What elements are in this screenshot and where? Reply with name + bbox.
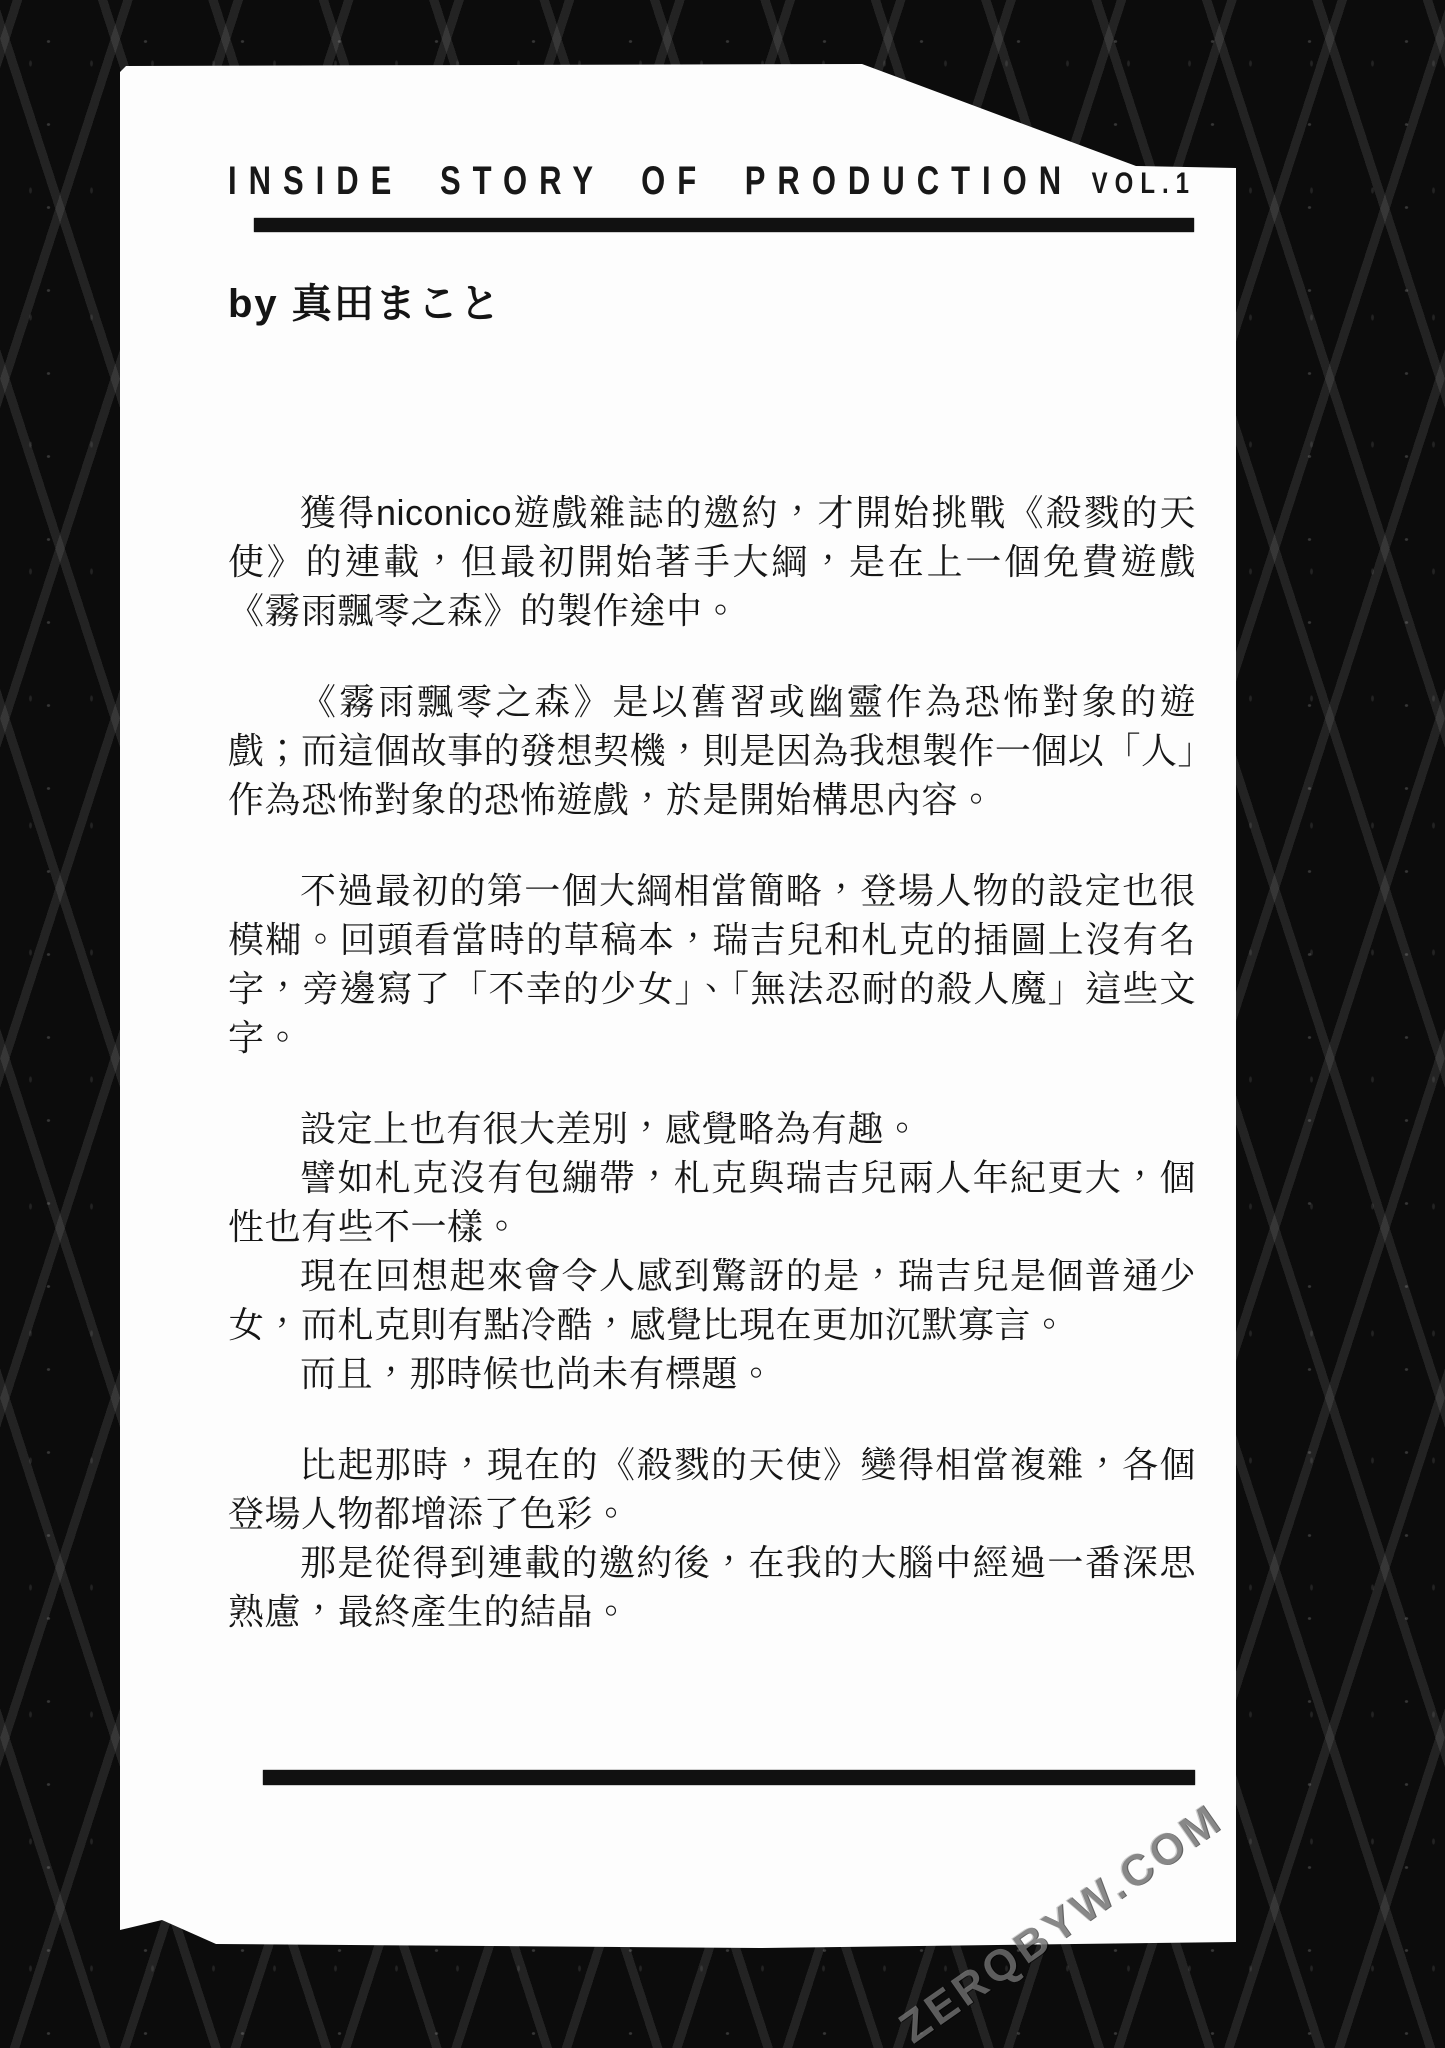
page-title: INSIDE STORY OF PRODUCTION (228, 158, 1073, 204)
footer-rule (263, 1770, 1195, 1785)
byline: by 真田まこと (228, 272, 1196, 329)
header-rule (254, 218, 1194, 232)
paragraph-6: 現在回想起來會令人感到驚訝的是，瑞吉兒是個普通少女，而札克則有點冷酷，感覺比現在… (228, 1251, 1196, 1349)
paragraph-8: 比起那時，現在的《殺戮的天使》變得相當複雜，各個登場人物都增添了色彩。 (228, 1440, 1196, 1538)
header: INSIDE STORY OF PRODUCTION VOL.1 by 真田まこ… (228, 168, 1196, 329)
paragraph-3: 不過最初的第一個大綱相當簡略，登場人物的設定也很模糊。回頭看當時的草稿本，瑞吉兒… (228, 866, 1196, 1062)
title-row: INSIDE STORY OF PRODUCTION VOL.1 (228, 168, 1196, 204)
volume-label: VOL.1 (1092, 167, 1196, 205)
paragraph-4: 設定上也有很大差別，感覺略為有趣。 (228, 1104, 1196, 1153)
paragraph-9: 那是從得到連載的邀約後，在我的大腦中經過一番深思熟慮，最終產生的結晶。 (228, 1538, 1196, 1636)
paragraph-1: 獲得niconico遊戲雜誌的邀約，才開始挑戰《殺戮的天使》的連載，但最初開始著… (228, 488, 1196, 635)
paragraph-7: 而且，那時候也尚未有標題。 (228, 1349, 1196, 1398)
article-body: 獲得niconico遊戲雜誌的邀約，才開始挑戰《殺戮的天使》的連載，但最初開始著… (228, 488, 1196, 1636)
paper-page: INSIDE STORY OF PRODUCTION VOL.1 by 真田まこ… (120, 64, 1236, 1948)
page-background: INSIDE STORY OF PRODUCTION VOL.1 by 真田まこ… (0, 0, 1445, 2048)
paragraph-2: 《霧雨飄零之森》是以舊習或幽靈作為恐怖對象的遊戲；而這個故事的發想契機，則是因為… (228, 677, 1196, 824)
paragraph-5: 譬如札克沒有包繃帶，札克與瑞吉兒兩人年紀更大，個性也有些不一樣。 (228, 1153, 1196, 1251)
